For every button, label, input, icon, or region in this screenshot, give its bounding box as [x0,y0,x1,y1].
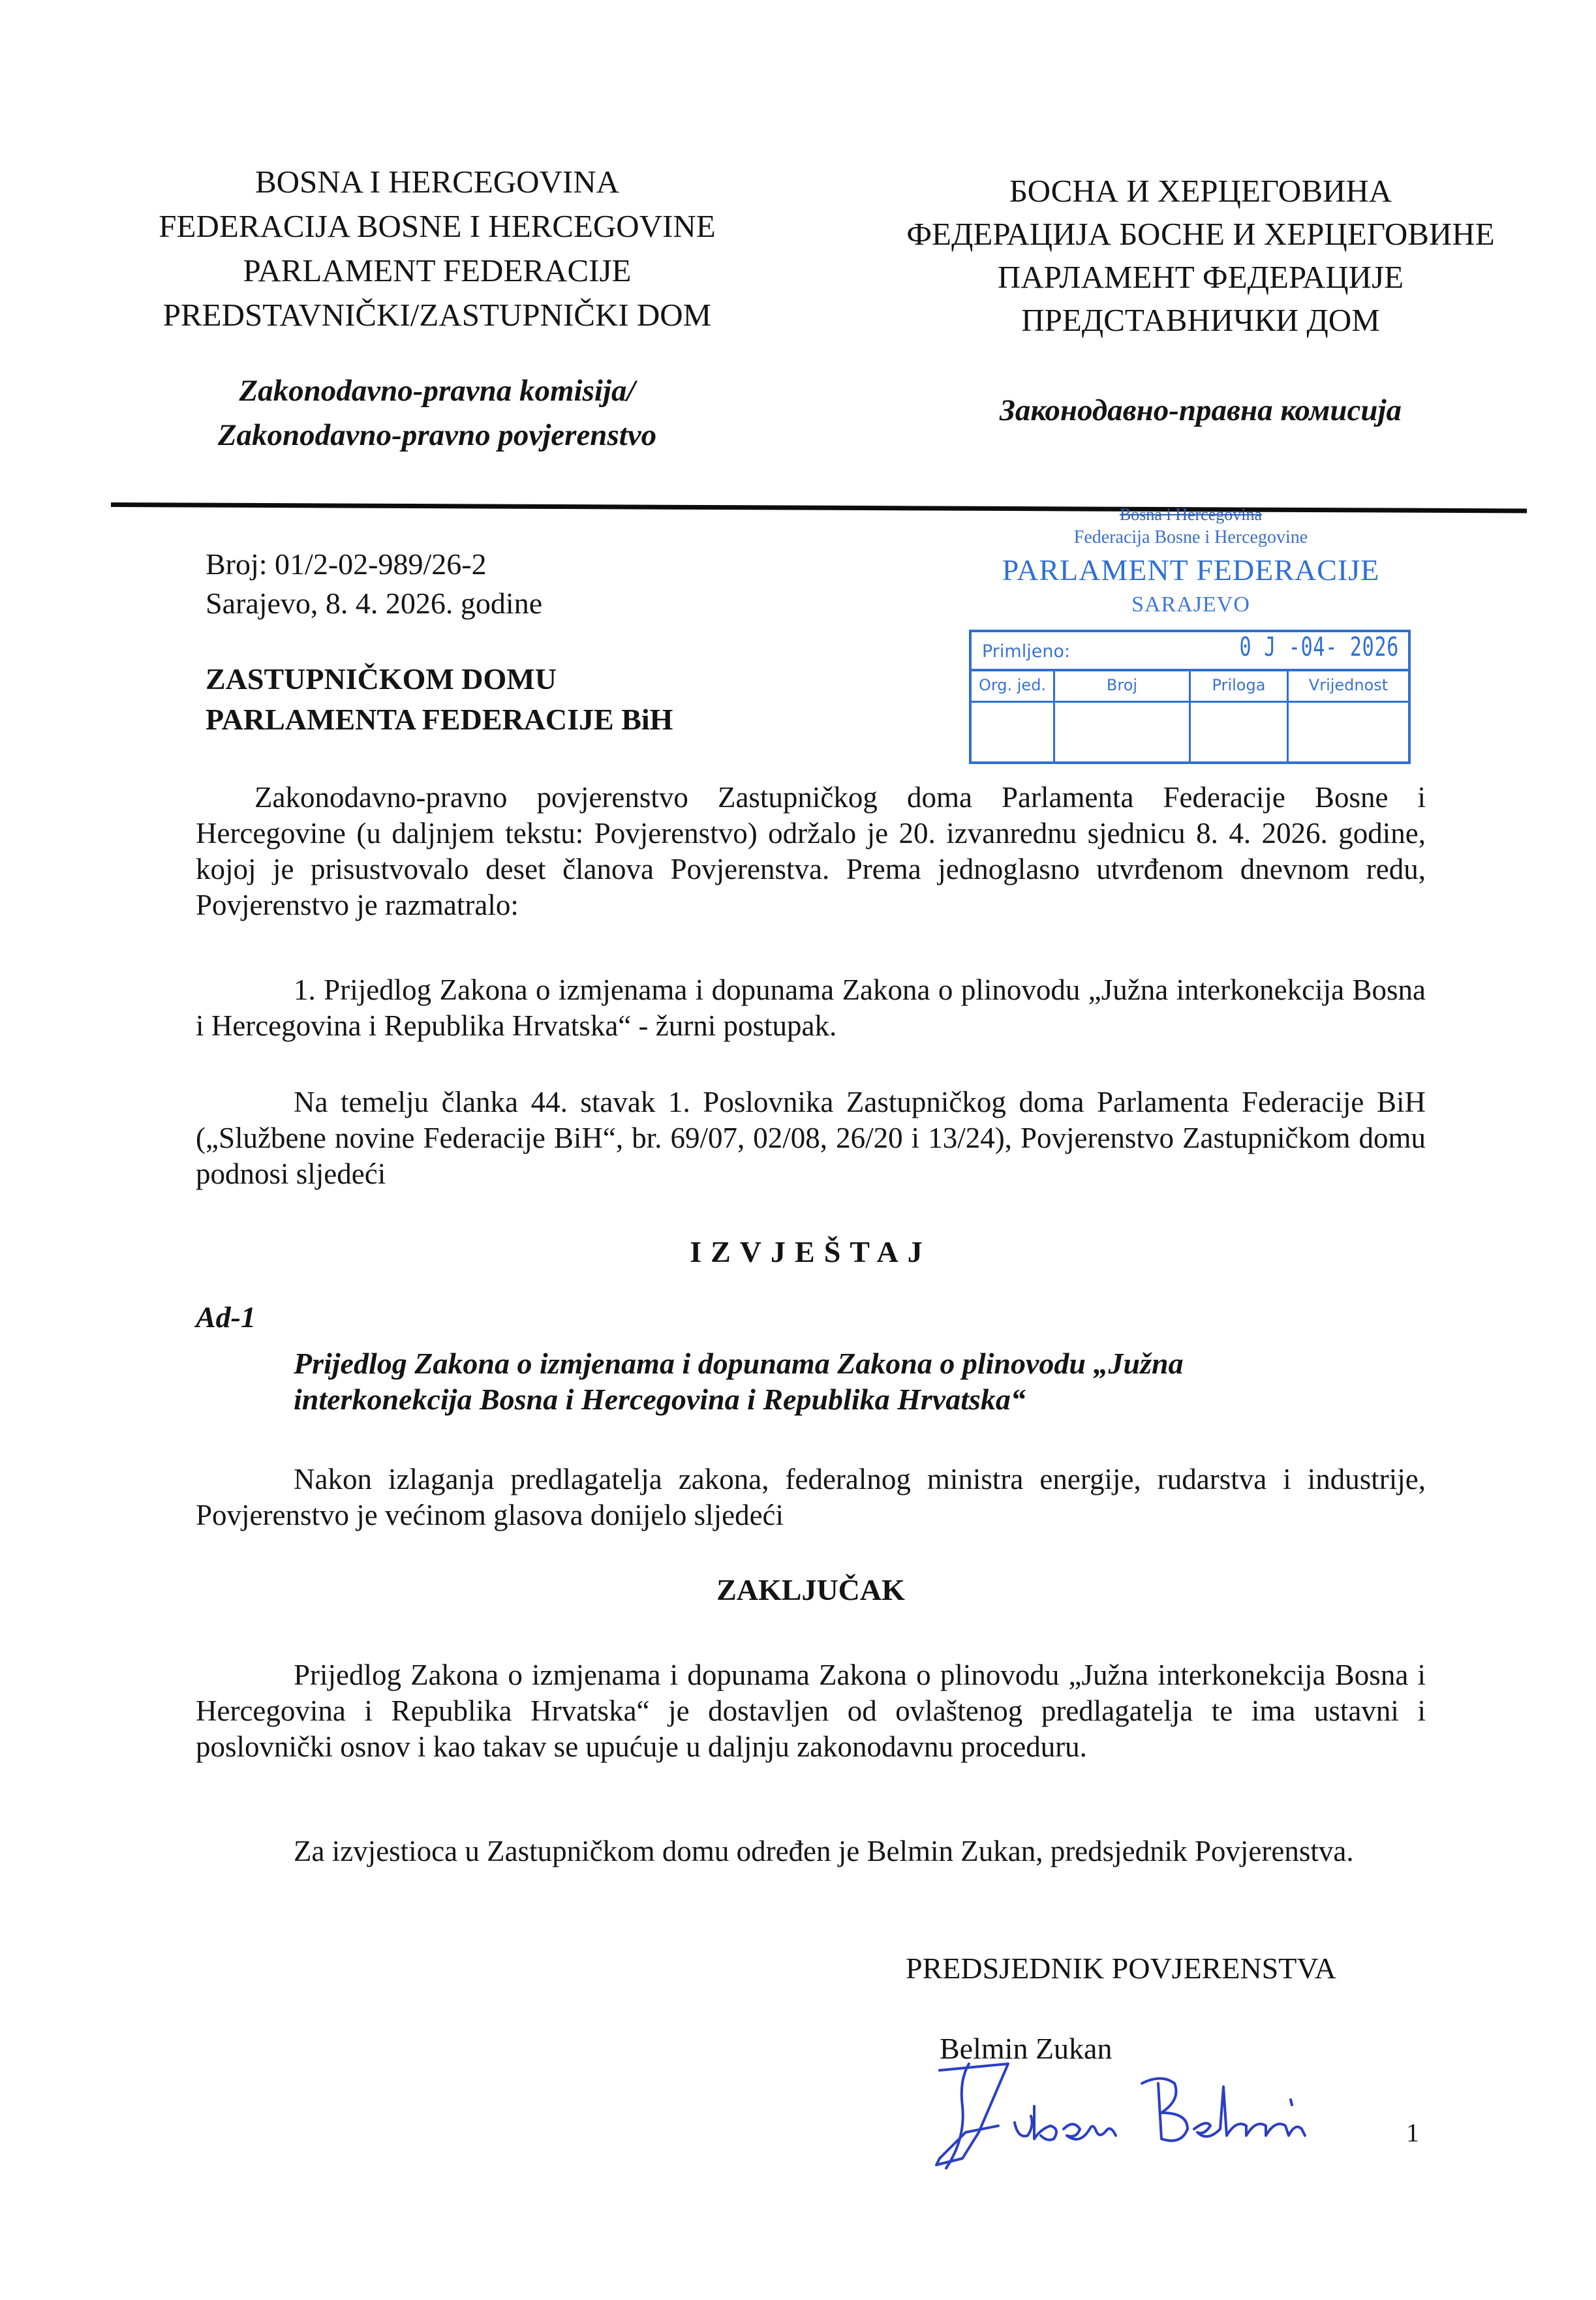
stamp-cell-empty [1289,703,1408,761]
stamp-cell-empty [972,703,1055,761]
addressee: ZASTUPNIČKOM DOMU PARLAMENTA FEDERACIJE … [206,659,673,740]
stamp-cell-empty [1055,703,1191,761]
header-parliament: PARLAMENT FEDERACIJE [104,249,770,293]
stamp-col-attachments: Priloga [1191,669,1289,703]
stamp-grid: Org. jed. Broj Priloga Vrijednost [972,669,1408,761]
rapporteur-paragraph: Za izvjestioca u Zastupničkom domu određ… [196,1833,1426,1869]
agenda-ref-label: Ad-1 [196,1300,256,1334]
intro-paragraph: Zakonodavno-pravno povjerenstvo Zastupni… [196,780,1426,923]
report-title: IZVJEŠTAJ [196,1234,1426,1269]
addressee-line: ZASTUPNIČKOM DOMU [206,659,673,699]
committee-line: Zakonodavno-pravno povjerenstvo [104,413,770,457]
header-latin: BOSNA I HERCEGOVINA FEDERACIJA BOSNE I H… [104,160,770,337]
committee-name-latin: Zakonodavno-pravna komisija/ Zakonodavno… [104,369,770,457]
reference-block: Broj: 01/2-02-989/26-2 Sarajevo, 8. 4. 2… [206,545,542,623]
header-federation: FEDERACIJA BOSNE I HERCEGOVINE [104,204,770,249]
stamp-federation: Federacija Bosne i Hercegovine [966,527,1416,549]
committee-name-cyrillic: Законодавно-правна комисија [868,388,1533,433]
header-cyrillic: БОСНА И ХЕРЦЕГОВИНА ФЕДЕРАЦИЈА БОСНЕ И Х… [868,170,1533,342]
header-federation-cyr: ФЕДЕРАЦИЈА БОСНЕ И ХЕРЦЕГОВИНЕ [868,213,1533,256]
stamp-col-org-unit: Org. jed. [972,669,1055,703]
addressee-line: PARLAMENTA FEDERACIJE BiH [206,699,673,740]
stamp-cell-empty [1191,703,1289,761]
reference-number: Broj: 01/2-02-989/26-2 [206,545,542,584]
header-country: BOSNA I HERCEGOVINA [104,160,770,204]
header-house: PREDSTAVNIČKI/ZASTUPNIČKI DOM [104,293,770,337]
handwritten-signature-icon [900,2054,1370,2178]
agenda-ref-title: Prijedlog Zakona o izmjenama i dopunama … [294,1345,1338,1417]
header-country-cyr: БОСНА И ХЕРЦЕГОВИНА [868,170,1533,213]
stamp-received-date: 0 J -04- 2026 [1239,632,1399,662]
stamp-city: SARAJEVO [966,592,1416,618]
signature-title: PREDSJEDNIK POVJERENSTVA [906,1951,1336,1986]
stamp-parliament: PARLAMENT FEDERACIJE [966,553,1416,588]
committee-line: Zakonodavno-pravna komisija/ [104,369,770,413]
stamp-country: Bosna i Hercegovina [966,506,1416,524]
header-parliament-cyr: ПАРЛАМЕНТ ФЕДЕРАЦИЈЕ [868,256,1533,299]
agenda-item: 1. Prijedlog Zakona o izmjenama i dopuna… [196,972,1426,1044]
conclusion-paragraph: Prijedlog Zakona o izmjenama i dopunama … [196,1657,1426,1765]
page-number: 1 [1406,2117,1419,2148]
stamp-col-number: Broj [1055,669,1191,703]
conclusion-title: ZAKLJUČAK [196,1572,1426,1607]
received-stamp: Bosna i Hercegovina Federacija Bosne i H… [966,499,1416,773]
stamp-received-label: Primljeno: [982,641,1070,662]
stamp-table: Primljeno: 0 J -04- 2026 Org. jed. Broj … [969,630,1411,764]
stamp-received-row: Primljeno: 0 J -04- 2026 [972,632,1408,671]
legal-basis-paragraph: Na temelju članka 44. stavak 1. Poslovni… [196,1084,1426,1192]
deliberation-paragraph: Nakon izlaganja predlagatelja zakona, fe… [196,1462,1426,1533]
reference-place-date: Sarajevo, 8. 4. 2026. godine [206,584,542,623]
header-house-cyr: ПРЕДСТАВНИЧКИ ДОМ [868,299,1533,342]
stamp-col-value: Vrijednost [1289,669,1408,703]
